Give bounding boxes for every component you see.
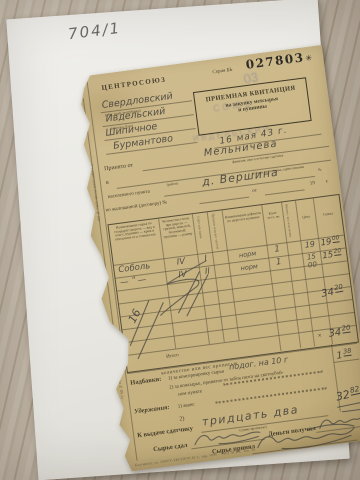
contract-ot: от [252,187,263,194]
region-label: в [106,180,110,186]
contract-year-suffix: г. [325,177,334,184]
total-cell-line [298,332,301,348]
total-x-mark: × [317,331,322,339]
payout-label: К выдаче сдатчику [137,425,194,439]
col-header-count: Количество голов: при шерсти — грязной, … [160,216,193,239]
settlement-value: д. Вершина [180,163,301,192]
serial-star-icon: ✳ [305,53,313,63]
photo-of-receipt: 704/1 Утв. НКУ СССР 25/VIII 1939 г. № 18… [0,0,360,480]
settlement-num-label: № [318,167,328,172]
total-cell-line [278,335,281,351]
col-header-name: Наименование сырья по стандарту (шерсть … [110,221,160,243]
org-title: ЦЕНТРОСОЮЗ [101,76,167,92]
contract-rule-2 [265,189,305,195]
surcharges-label: Надбавки: [130,376,162,387]
total-kop: 20 [341,324,351,334]
contract-year: 19 [309,179,320,186]
accepted-from-label: Принято от [104,163,134,173]
col-header-percent: Процент или вес частей [211,213,220,251]
deduction2-rub: 32 [335,388,351,404]
deduction2-kop: 82 [349,384,360,396]
deduction1-text: 1) аванс [177,399,212,409]
surcharge1-kop: 38 [343,347,352,357]
deductions-label: Удержания: [134,404,170,416]
gave-label: Сырье сдал [153,442,188,453]
total-rub: 34 [328,327,342,340]
col-header-sum: Сумма [316,211,340,218]
col-header-price: Цена [298,214,314,220]
col-header-qty: Коли- чест- во [264,211,282,221]
total-cell-line [312,330,315,346]
col-header-defects: Наименование дефектов по шерсти и пушнин… [224,211,262,223]
col-header-sort: Сорт или кряж [196,216,205,253]
deduction2-amount: 3282 [334,384,360,404]
deduction2-label: 2) [179,416,185,423]
goods-table: Наименование сырья по стандарту (шерсть … [107,194,359,373]
total-amount: 3420 [328,324,352,340]
